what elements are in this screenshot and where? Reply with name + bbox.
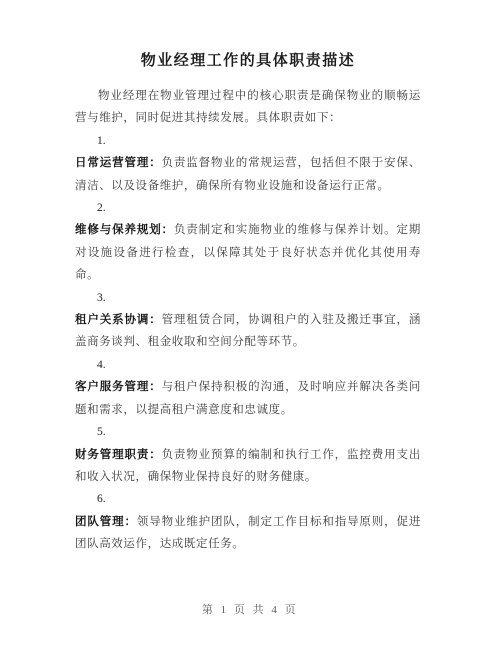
section-label: 团队管理： <box>75 516 137 528</box>
section-paragraph: 客户服务管理：与租户保持积极的沟通，及时响应并解决各类问题和需求，以提高租户满意… <box>75 376 421 421</box>
section-label: 日常运营管理： <box>75 157 162 169</box>
list-number: 4. <box>75 354 421 376</box>
list-number: 6. <box>75 488 421 510</box>
section-paragraph: 团队管理：领导物业维护团队，制定工作目标和指导原则，促进团队高效运作，达成既定任… <box>75 511 421 556</box>
section-paragraph: 财务管理职责：负责物业预算的编制和执行工作，监控费用支出和收入状况，确保物业保持… <box>75 444 421 489</box>
list-number: 3. <box>75 287 421 309</box>
section-paragraph: 租户关系协调：管理租赁合同，协调租户的入驻及搬迁事宜，涵盖商务谈判、租金收取和空… <box>75 309 421 354</box>
intro-paragraph: 物业经理在物业管理过程中的核心职责是确保物业的顺畅运营与维护，同时促进其持续发展… <box>75 85 421 130</box>
section-label: 财务管理职责： <box>75 449 162 461</box>
list-number: 2. <box>75 197 421 219</box>
section-label: 租户关系协调： <box>75 314 162 326</box>
list-number: 5. <box>75 421 421 443</box>
section-paragraph: 日常运营管理：负责监督物业的常规运营，包括但不限于安保、清洁、以及设备维护，确保… <box>75 152 421 197</box>
document-page: 物业经理工作的具体职责描述 物业经理在物业管理过程中的核心职责是确保物业的顺畅运… <box>0 0 500 647</box>
list-number: 1. <box>75 130 421 152</box>
page-number-footer: 第 1 页 共 4 页 <box>0 601 500 617</box>
section-paragraph: 维修与保养规划：负责制定和实施物业的维修与保养计划。定期对设施设备进行检查，以保… <box>75 219 421 286</box>
document-content: 物业经理工作的具体职责描述 物业经理在物业管理过程中的核心职责是确保物业的顺畅运… <box>75 51 421 556</box>
page-title: 物业经理工作的具体职责描述 <box>75 51 421 72</box>
section-label: 客户服务管理： <box>75 381 162 393</box>
section-label: 维修与保养规划： <box>75 224 174 236</box>
